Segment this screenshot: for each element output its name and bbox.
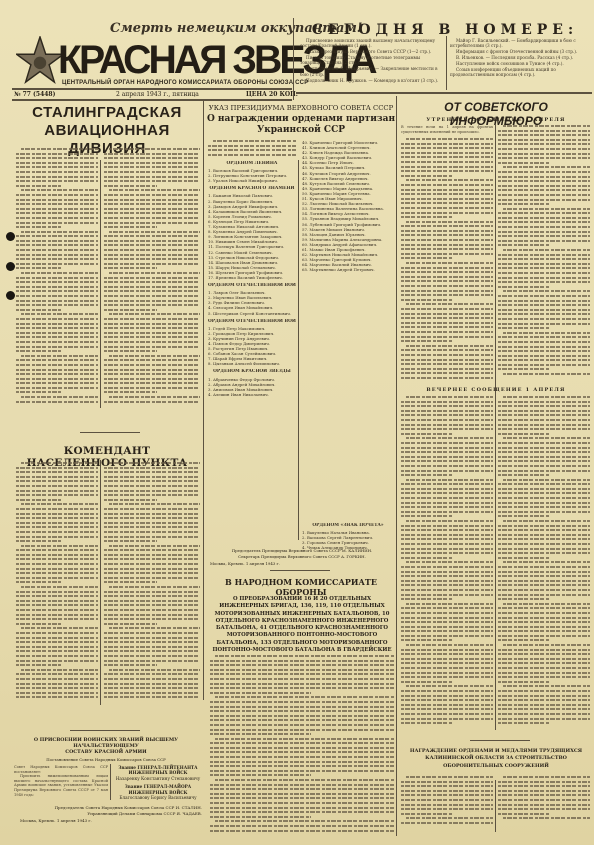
- binder-hole: [6, 232, 15, 241]
- text-line: [401, 299, 452, 301]
- text-line: [21, 231, 98, 233]
- text-line: [401, 492, 493, 494]
- text-line: [498, 790, 590, 792]
- text-line: [498, 405, 590, 407]
- toc-item: Созыв конференции объединенных наций по …: [450, 67, 590, 77]
- text-line: [503, 166, 590, 168]
- text-line: [503, 208, 590, 210]
- divider: [12, 99, 292, 101]
- text-line: [401, 248, 493, 250]
- text-line: [104, 577, 200, 579]
- text-line: [104, 341, 200, 343]
- text-line: [498, 483, 590, 485]
- text-line: [498, 575, 590, 577]
- text-line: [213, 140, 296, 142]
- text-line: [210, 660, 394, 662]
- text-line: [406, 776, 493, 778]
- decree-kicker: УКАЗ ПРЕЗИДИУМА ВЕРХОВНОГО СОВЕТА СССР: [206, 104, 396, 112]
- text-line: [401, 626, 493, 628]
- text-line: [109, 396, 200, 398]
- text-line: [503, 685, 590, 687]
- text-line: [104, 513, 200, 515]
- text-line: [104, 323, 200, 325]
- text-line: [498, 217, 590, 219]
- text-line: [401, 410, 493, 412]
- award-item: 65. Мартыненко Андрей Петрович.: [302, 267, 394, 272]
- text-line: [210, 692, 311, 694]
- text-line: [16, 171, 98, 173]
- article-body-text: [104, 148, 200, 410]
- text-line: [401, 377, 493, 379]
- text-line: [401, 488, 493, 490]
- text-line: [498, 185, 590, 187]
- text-line: [16, 309, 61, 311]
- text-line: [210, 678, 394, 680]
- text-line: [16, 517, 98, 519]
- text-line: [104, 267, 157, 269]
- text-line: [401, 681, 452, 683]
- text-line: [401, 502, 493, 504]
- text-line: [104, 480, 200, 482]
- divider: [80, 432, 140, 433]
- text-line: [104, 203, 200, 205]
- decree-title-line: Украинской ССР: [206, 125, 396, 136]
- text-line: [503, 437, 590, 439]
- text-line: [16, 300, 98, 302]
- text-line: [401, 584, 493, 586]
- text-line: [498, 300, 590, 302]
- text-line: [401, 216, 452, 218]
- text-line: [104, 346, 200, 348]
- text-line: [16, 673, 98, 675]
- text-line: [401, 699, 493, 701]
- text-line: [401, 189, 493, 191]
- text-line: [104, 641, 200, 643]
- text-line: [208, 154, 296, 156]
- text-line: [16, 581, 61, 583]
- text-line: [498, 281, 590, 283]
- column-rule: [446, 36, 447, 90]
- text-line: [16, 572, 98, 574]
- text-line: [104, 526, 200, 528]
- toc-item: Письма товарищу Сталину и ответные телег…: [300, 55, 443, 65]
- text-line: [406, 603, 493, 605]
- text-line: [16, 226, 61, 228]
- text-line: [401, 534, 493, 536]
- text-line: [498, 323, 590, 325]
- report-lead: В течение ночи на 1 апреля на фронтах су…: [401, 125, 493, 134]
- decree-kicker: Постановление Совета Народных Комиссаров…: [10, 757, 202, 762]
- text-line: [498, 313, 590, 315]
- text-line: [104, 180, 200, 182]
- text-line: [21, 313, 98, 315]
- text-line: [401, 313, 493, 315]
- text-line: [104, 359, 200, 361]
- text-line: [109, 669, 200, 671]
- text-line: [498, 410, 590, 412]
- text-line: [109, 313, 200, 315]
- text-line: [210, 664, 394, 666]
- text-line: [16, 696, 98, 698]
- column-rule: [495, 125, 496, 730]
- text-line: [16, 373, 98, 375]
- article-title-line: СТАЛИНГРАДСКАЯ: [14, 104, 200, 122]
- text-line: [210, 751, 394, 753]
- text-line: [109, 355, 200, 357]
- text-line: [104, 176, 200, 178]
- text-line: [104, 508, 200, 510]
- text-line: [406, 221, 493, 223]
- text-line: [104, 332, 200, 334]
- znak-pocheta-list: ОРДЕНОМ «ЗНАК ПОЧЕТА» 1. Вакуленко Натал…: [302, 520, 394, 550]
- text-line: [498, 658, 590, 660]
- award-heading: ОРДЕНОМ «ЗНАК ПОЧЕТА»: [302, 523, 394, 528]
- divider: [270, 570, 330, 571]
- text-line: [16, 217, 98, 219]
- text-line: [401, 372, 493, 374]
- text-line: [16, 467, 98, 469]
- text-line: [401, 143, 493, 145]
- text-line: [406, 561, 493, 563]
- text-line: [16, 323, 98, 325]
- decree-signature: Управляющий Делами Совнаркома СССР Я. ЧА…: [14, 811, 202, 816]
- text-line: [498, 722, 549, 724]
- text-line: [503, 373, 590, 375]
- text-line: [104, 664, 157, 666]
- text-line: [401, 451, 493, 453]
- text-line: [210, 793, 394, 795]
- award-item: 4. Алешин Иван Николаевич.: [208, 392, 296, 397]
- text-line: [401, 690, 493, 692]
- text-line: [406, 479, 493, 481]
- text-line: [498, 272, 590, 274]
- text-line: [210, 765, 394, 767]
- text-line: [104, 549, 200, 551]
- text-line: [215, 738, 394, 740]
- text-line: [104, 327, 200, 329]
- award-heading: ОРДЕНОМ КРАСНОГО ЗНАМЕНИ: [208, 186, 296, 191]
- text-line: [401, 147, 493, 149]
- section-subtitle: О ПРЕОБРАЗОВАНИИ 16 И 20 ОТДЕЛЬНЫХ ИНЖЕН…: [210, 596, 394, 654]
- text-line: [401, 349, 493, 351]
- binder-hole: [6, 291, 15, 300]
- text-line: [498, 808, 590, 810]
- text-line: [16, 526, 98, 528]
- text-line: [104, 382, 200, 384]
- text-line: [104, 364, 200, 366]
- text-line: [215, 779, 394, 781]
- text-line: [401, 152, 493, 154]
- text-line: [104, 568, 200, 570]
- text-line: [401, 538, 493, 540]
- text-line: [401, 483, 493, 485]
- text-line: [401, 621, 493, 623]
- text-line: [210, 673, 394, 675]
- text-line: [21, 503, 98, 505]
- text-line: [498, 529, 590, 531]
- text-line: [109, 503, 200, 505]
- text-line: [16, 203, 98, 205]
- text-line: [401, 244, 493, 246]
- text-line: [16, 540, 61, 542]
- text-line: [498, 594, 590, 596]
- text-line: [109, 627, 200, 629]
- text-line: [21, 272, 98, 274]
- text-line: [401, 557, 452, 559]
- report-body-text: [401, 396, 493, 731]
- text-line: [401, 575, 493, 577]
- text-line: [498, 708, 590, 710]
- text-line: [210, 756, 394, 758]
- award-item: 3. Уралов Николай Никифорович.: [208, 178, 296, 183]
- text-line: [498, 571, 590, 573]
- text-line: [401, 424, 493, 426]
- text-line: [401, 676, 493, 678]
- text-line: [401, 253, 493, 255]
- text-line: [498, 506, 590, 508]
- text-line: [498, 612, 590, 614]
- text-line: [104, 646, 200, 648]
- text-line: [104, 304, 200, 306]
- text-line: [104, 162, 200, 164]
- morning-report-title: УТРЕННЕЕ СООБЩЕНИЕ 1 АПРЕЛЯ: [399, 117, 593, 123]
- toc-item: Майор Г. Васильевский. — Бомбардировщики…: [450, 38, 590, 48]
- text-line: [401, 322, 493, 324]
- text-line: [401, 193, 493, 195]
- text-line: [503, 520, 590, 522]
- text-line: [401, 290, 493, 292]
- text-line: [401, 617, 493, 619]
- award-item: 17. Яременко Василий Тимофеевич.: [208, 275, 296, 280]
- award-item: 5. Шестериков Сергей Константинович.: [208, 311, 296, 316]
- text-line: [104, 212, 200, 214]
- rank-title: Звание ГЕНЕРАЛ-ЛЕЙТЕНАНТА ИНЖЕНЕРНЫХ ВОЙ…: [114, 765, 202, 776]
- text-line: [104, 614, 200, 616]
- text-line: [21, 545, 98, 547]
- rank-title: Звание ГЕНЕРАЛ-МАЙОРА ИНЖЕНЕРНЫХ ВОЙСК: [114, 784, 202, 795]
- text-line: [104, 531, 200, 533]
- text-line: [498, 258, 590, 260]
- text-line: [498, 626, 590, 628]
- text-line: [498, 419, 590, 421]
- text-line: [16, 664, 61, 666]
- text-line: [498, 194, 590, 196]
- text-line: [401, 465, 493, 467]
- text-line: [16, 471, 98, 473]
- text-line: [498, 497, 590, 499]
- text-line: [503, 561, 590, 563]
- text-line: [210, 830, 394, 832]
- column-rule: [495, 780, 496, 832]
- text-line: [210, 742, 394, 744]
- text-line: [16, 595, 98, 597]
- text-line: [16, 508, 98, 510]
- text-line: [401, 198, 493, 200]
- text-line: [109, 462, 200, 464]
- section-title: В НАРОДНОМ КОМИССАРИАТЕ ОБОРОНЫ: [206, 577, 396, 597]
- text-line: [498, 598, 549, 600]
- text-line: [498, 231, 590, 233]
- text-line: [498, 433, 549, 435]
- text-line: [16, 290, 98, 292]
- text-line: [498, 267, 590, 269]
- text-line: [498, 794, 590, 796]
- text-line: [210, 811, 394, 813]
- text-line: [401, 790, 493, 792]
- text-line: [498, 346, 590, 348]
- text-line: [210, 825, 394, 827]
- text-line: [210, 770, 394, 772]
- text-line: [406, 179, 493, 181]
- text-line: [16, 199, 98, 201]
- text-line: [16, 522, 98, 524]
- text-line: [406, 685, 493, 687]
- text-line: [401, 813, 452, 815]
- text-line: [401, 529, 493, 531]
- divider: [12, 88, 292, 90]
- text-line: [210, 724, 394, 726]
- text-line: [401, 718, 493, 720]
- text-line: [104, 295, 200, 297]
- text-line: [401, 695, 493, 697]
- text-line: [498, 295, 590, 297]
- text-line: [401, 781, 493, 783]
- text-line: [498, 447, 590, 449]
- text-line: [401, 368, 493, 370]
- text-line: [104, 153, 200, 155]
- text-line: [104, 166, 200, 168]
- text-line: [498, 134, 590, 136]
- text-line: [401, 511, 493, 513]
- text-line: [210, 774, 311, 776]
- text-line: [21, 396, 98, 398]
- decree-signature: Председатель Президиума Верховного Совет…: [210, 548, 394, 553]
- text-line: [104, 563, 200, 565]
- text-line: [104, 378, 200, 380]
- text-line: [406, 396, 493, 398]
- text-line: [503, 479, 590, 481]
- text-line: [104, 171, 200, 173]
- text-line: [104, 494, 200, 496]
- text-line: [16, 614, 98, 616]
- toc-item: Указы Президиума Верховного Совета СССР …: [300, 49, 443, 54]
- text-line: [498, 221, 590, 223]
- text-line: [401, 552, 493, 554]
- text-line: [406, 520, 493, 522]
- text-line: [104, 226, 157, 228]
- text-line: [210, 761, 394, 763]
- text-line: [104, 290, 200, 292]
- text-line: [503, 290, 590, 292]
- text-line: [498, 203, 549, 205]
- text-line: [16, 304, 98, 306]
- text-line: [401, 285, 493, 287]
- text-line: [210, 747, 394, 749]
- text-line: [104, 254, 200, 256]
- text-line: [104, 650, 200, 652]
- text-line: [401, 257, 452, 259]
- text-line: [16, 341, 98, 343]
- text-line: [401, 662, 493, 664]
- text-line: [498, 672, 590, 674]
- toc-item: Наступление войск союзников в Тунисе (4 …: [450, 61, 590, 66]
- text-line: [16, 166, 98, 168]
- text-line: [104, 673, 200, 675]
- text-line: [401, 460, 493, 462]
- text-line: [498, 355, 590, 357]
- text-line: [498, 189, 590, 191]
- text-line: [401, 612, 493, 614]
- text-line: [210, 802, 394, 804]
- report-body-text: [498, 396, 590, 731]
- text-line: [21, 586, 98, 588]
- text-line: [104, 373, 200, 375]
- issue-number: № 77 (5448): [14, 91, 55, 98]
- text-line: [498, 359, 590, 361]
- decree-award-list: 40. Кравченко Григорий Моисеевич.41. Кли…: [302, 140, 394, 272]
- text-line: [401, 785, 493, 787]
- decree-place-date: Москва, Кремль. 1 апреля 1943 г.: [20, 818, 170, 823]
- text-line: [16, 655, 98, 657]
- text-line: [104, 194, 200, 196]
- text-line: [104, 336, 200, 338]
- text-line: [16, 641, 98, 643]
- text-line: [401, 184, 493, 186]
- article-body-text: [104, 462, 200, 704]
- text-line: [498, 309, 590, 311]
- column-rule: [298, 160, 299, 540]
- text-line: [498, 552, 590, 554]
- text-line: [210, 788, 394, 790]
- text-line: [16, 267, 61, 269]
- text-line: [498, 799, 590, 801]
- masthead-subtitle: ЦЕНТРАЛЬНЫЙ ОРГАН НАРОДНОГО КОМИССАРИАТА…: [62, 80, 308, 86]
- text-line: [498, 327, 549, 329]
- text-line: [401, 363, 493, 365]
- text-line: [16, 364, 98, 366]
- decree-body-text: Присвоить нижепоименованным лицам высшег…: [14, 774, 108, 797]
- text-line: [104, 536, 200, 538]
- text-line: [104, 391, 157, 393]
- text-line: [16, 531, 98, 533]
- text-line: [16, 536, 98, 538]
- text-line: [104, 309, 157, 311]
- text-line: [104, 632, 200, 634]
- text-line: [104, 637, 200, 639]
- decree-place-date: Москва, Кремль. 1 апреля 1943 г.: [210, 561, 394, 566]
- text-line: [498, 653, 590, 655]
- text-line: [498, 244, 549, 246]
- text-line: [498, 199, 590, 201]
- text-line: [215, 696, 394, 698]
- text-line: [498, 543, 590, 545]
- text-line: [215, 820, 394, 822]
- text-line: [16, 401, 98, 403]
- text-line: [401, 822, 493, 824]
- text-line: [16, 258, 98, 260]
- text-line: [16, 222, 98, 224]
- text-line: [104, 208, 200, 210]
- decree-intro: Совет Народных Комиссаров Союза ССР пост…: [14, 765, 108, 797]
- text-line: [406, 138, 493, 140]
- text-line: [16, 577, 98, 579]
- today-in-issue-title: СЕГОДНЯ В НОМЕРЕ:: [300, 22, 590, 38]
- text-line: [16, 623, 61, 625]
- text-line: [104, 696, 200, 698]
- text-line: [401, 212, 493, 214]
- text-line: [104, 157, 200, 159]
- text-line: [401, 594, 493, 596]
